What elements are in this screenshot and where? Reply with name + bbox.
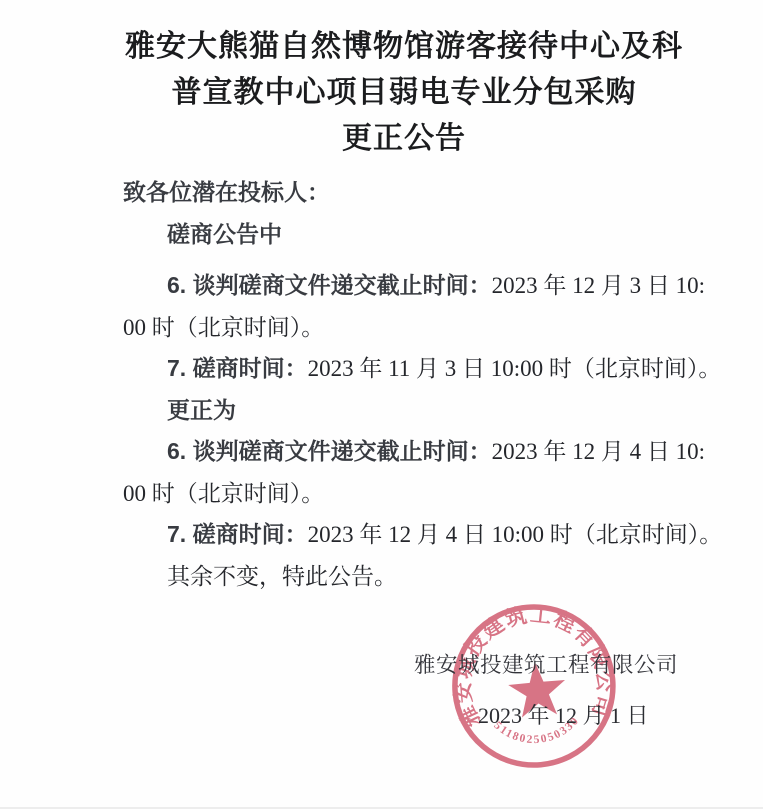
body-line: 6. 谈判磋商文件递交截止时间：2023 年 12 月 4 日 10: bbox=[123, 431, 723, 473]
official-seal: 雅安城投建筑工程有限公司 5118025050330 bbox=[439, 591, 630, 784]
body-line: 磋商公告中 bbox=[123, 214, 723, 256]
title-line-3: 更正公告 bbox=[96, 116, 712, 162]
document-body: 致各位潜在投标人： 磋商公告中 6. 谈判磋商文件递交截止时间：2023 年 1… bbox=[123, 172, 723, 597]
announcement-document: 雅安大熊猫自然博物馆游客接待中心及科 普宣教中心项目弱电专业分包采购 更正公告 … bbox=[0, 0, 763, 809]
body-line: 更正为 bbox=[123, 390, 723, 432]
title-line-1: 雅安大熊猫自然博物馆游客接待中心及科 bbox=[96, 24, 712, 70]
body-line: 00 时（北京时间）。 bbox=[123, 473, 723, 515]
document-title: 雅安大熊猫自然博物馆游客接待中心及科 普宣教中心项目弱电专业分包采购 更正公告 bbox=[96, 24, 712, 162]
body-line: 6. 谈判磋商文件递交截止时间：2023 年 12 月 3 日 10: bbox=[123, 265, 723, 307]
signature-company: 雅安城投建筑工程有限公司 bbox=[414, 648, 678, 679]
body-line: 7. 磋商时间：2023 年 12 月 4 日 10:00 时（北京时间）。 bbox=[123, 514, 723, 556]
body-line: 其余不变，特此公告。 bbox=[123, 556, 723, 598]
body-line: 7. 磋商时间：2023 年 11 月 3 日 10:00 时（北京时间）。 bbox=[123, 348, 723, 390]
title-line-2: 普宣教中心项目弱电专业分包采购 bbox=[96, 70, 712, 116]
salutation: 致各位潜在投标人： bbox=[123, 172, 723, 214]
body-line: 00 时（北京时间）。 bbox=[123, 307, 723, 349]
signature-date: 2023 年 12 月 1 日 bbox=[478, 699, 649, 730]
